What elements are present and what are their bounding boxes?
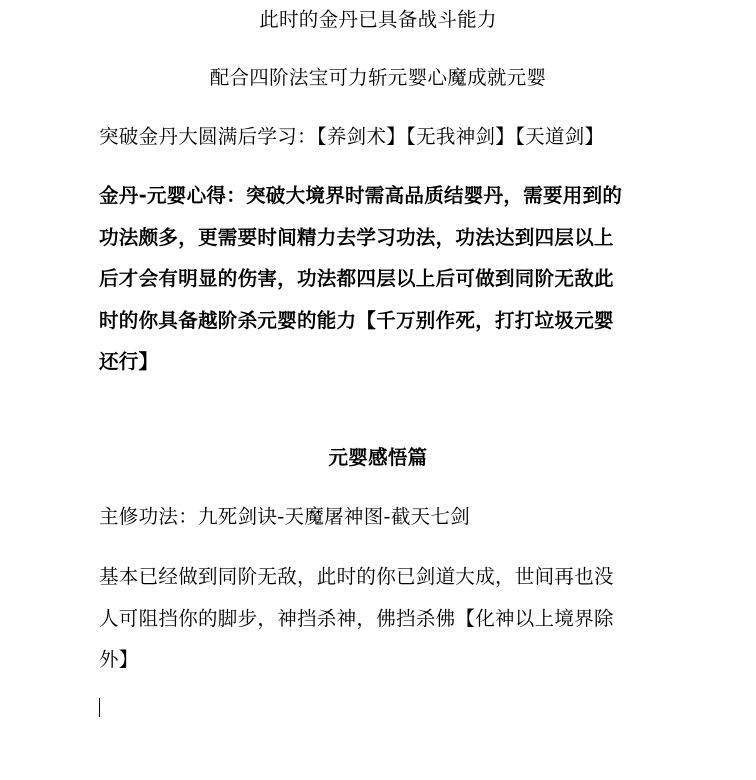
paragraph-line: 功法颇多，更需要时间精力去学习功法，功法达到四层以上 <box>99 217 659 259</box>
paragraph-line: 后才会有明显的伤害，功法都四层以上后可做到同阶无敌此 <box>99 258 659 300</box>
golden-core-insight-paragraph: 金丹-元婴心得：突破大境界时需高品质结婴丹，需要用到的 功法颇多，更需要时间精力… <box>99 175 659 383</box>
document-page[interactable]: 此时的金丹已具备战斗能力 配合四阶法宝可力斩元婴心魔成就元婴 突破金丹大圆满后学… <box>0 0 756 780</box>
paragraph-line: 人可阻挡你的脚步，神挡杀神，佛挡杀佛【化神以上境界除 <box>99 598 659 640</box>
centered-line-nascent-soul: 配合四阶法宝可力斩元婴心魔成就元婴 <box>0 65 756 91</box>
paragraph-line: 还行】 <box>99 341 659 383</box>
paragraph-line: 外】 <box>99 639 659 681</box>
paragraph-line: 时的你具备越阶杀元婴的能力【千万别作死，打打垃圾元婴 <box>99 300 659 342</box>
centered-line-golden-core: 此时的金丹已具备战斗能力 <box>0 7 756 33</box>
breakthrough-learning-line: 突破金丹大圆满后学习：【养剑术】【无我神剑】【天道剑】 <box>99 124 604 150</box>
nascent-soul-paragraph: 基本已经做到同阶无敌，此时的你已剑道大成，世间再也没 人可阻挡你的脚步，神挡杀神… <box>99 556 659 681</box>
section-heading: 元婴感悟篇 <box>0 445 756 471</box>
text-cursor <box>99 698 100 717</box>
main-skill-line: 主修功法：九死剑诀-天魔屠神图-截天七剑 <box>99 504 470 530</box>
paragraph-line: 基本已经做到同阶无敌，此时的你已剑道大成，世间再也没 <box>99 556 659 598</box>
paragraph-line: 金丹-元婴心得：突破大境界时需高品质结婴丹，需要用到的 <box>99 175 659 217</box>
